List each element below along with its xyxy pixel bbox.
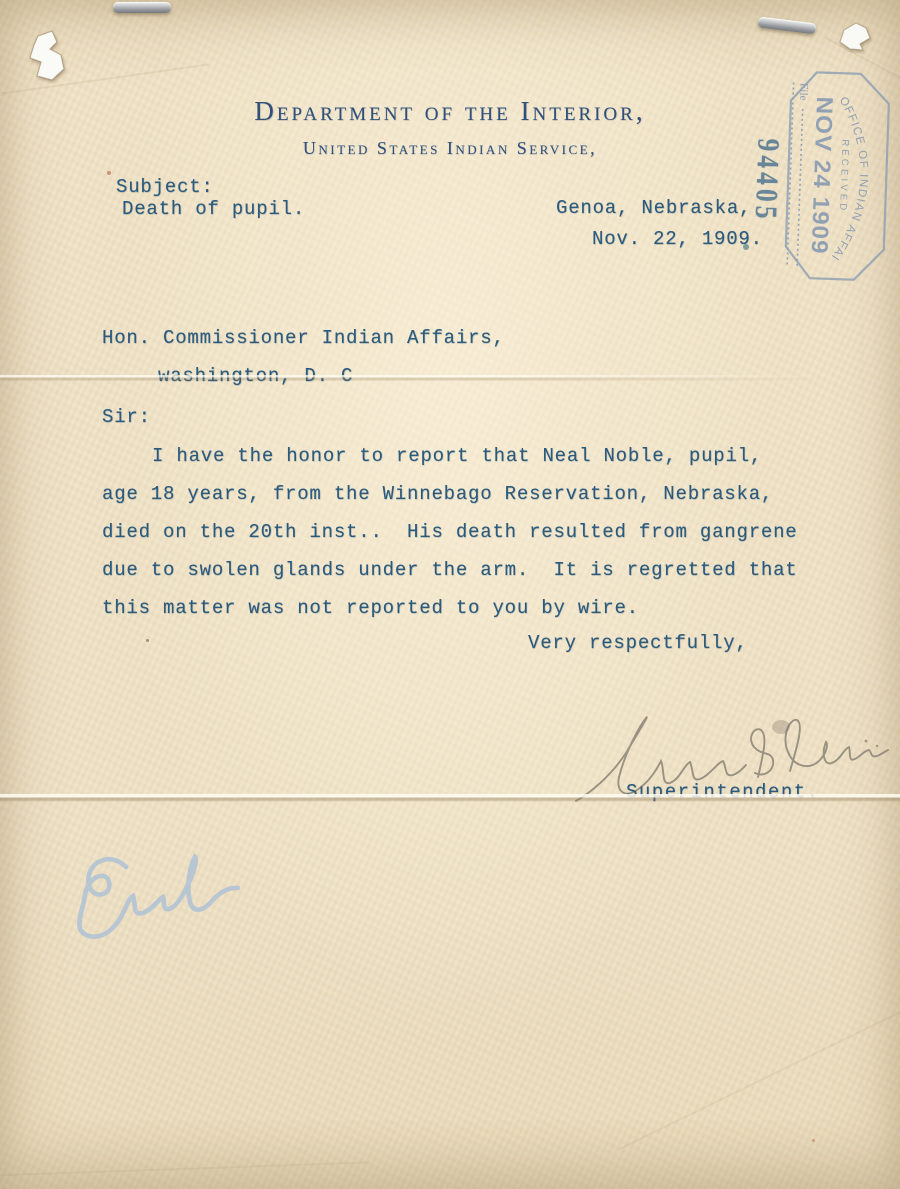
recipient-line1: Hon. Commissioner Indian Affairs, <box>102 327 505 349</box>
foxing-speck <box>812 1139 815 1142</box>
stamp-file-label: File <box>797 83 810 101</box>
foxing-speck <box>107 171 111 175</box>
signature-title: Superintendent. <box>626 781 820 803</box>
closing: Very respectfully, <box>528 632 748 654</box>
body-line: age 18 years, from the Winnebago Reserva… <box>102 475 822 513</box>
torn-hole-left <box>24 28 70 84</box>
salutation: Sir: <box>102 406 151 428</box>
fold-crease-bottom <box>0 1161 370 1176</box>
body-line: I have the honor to report that Neal Nob… <box>102 437 822 475</box>
body-line: died on the 20th inst.. His death result… <box>102 513 822 551</box>
fold-crease-corner <box>620 972 900 1149</box>
staple-top-left <box>113 2 171 13</box>
letter-page: Department of the Interior, United State… <box>0 0 900 1189</box>
stamp-date: NOV 24 1909 <box>807 96 838 255</box>
received-stamp-octagon: OFFICE OF INDIAN AFFAIRS RECEIVED NOV 24… <box>782 68 893 284</box>
fold-crease-upper <box>0 375 900 382</box>
subject-value: Death of pupil. <box>122 198 305 220</box>
pencil-smudge <box>772 720 790 734</box>
subject-label: Subject: <box>116 176 214 198</box>
date-line: Nov. 22, 1909. <box>592 228 763 250</box>
stamp-file-number: 94405 <box>747 125 787 236</box>
staple-top-right <box>758 17 817 35</box>
torn-hole-right <box>834 20 874 54</box>
place-line: Genoa, Nebraska, <box>556 197 751 219</box>
body-line: this matter was not reported to you by w… <box>102 589 822 627</box>
stamp-received-label: RECEIVED <box>837 139 851 214</box>
pencil-annotation-ead <box>64 843 244 951</box>
recipient-line2: washington, D. C <box>158 365 353 387</box>
letter-body: I have the honor to report that Neal Nob… <box>102 437 822 627</box>
received-stamp: OFFICE OF INDIAN AFFAIRS RECEIVED NOV 24… <box>734 67 893 284</box>
foxing-speck <box>146 639 149 642</box>
body-line: due to swolen glands under the arm. It i… <box>102 551 822 589</box>
